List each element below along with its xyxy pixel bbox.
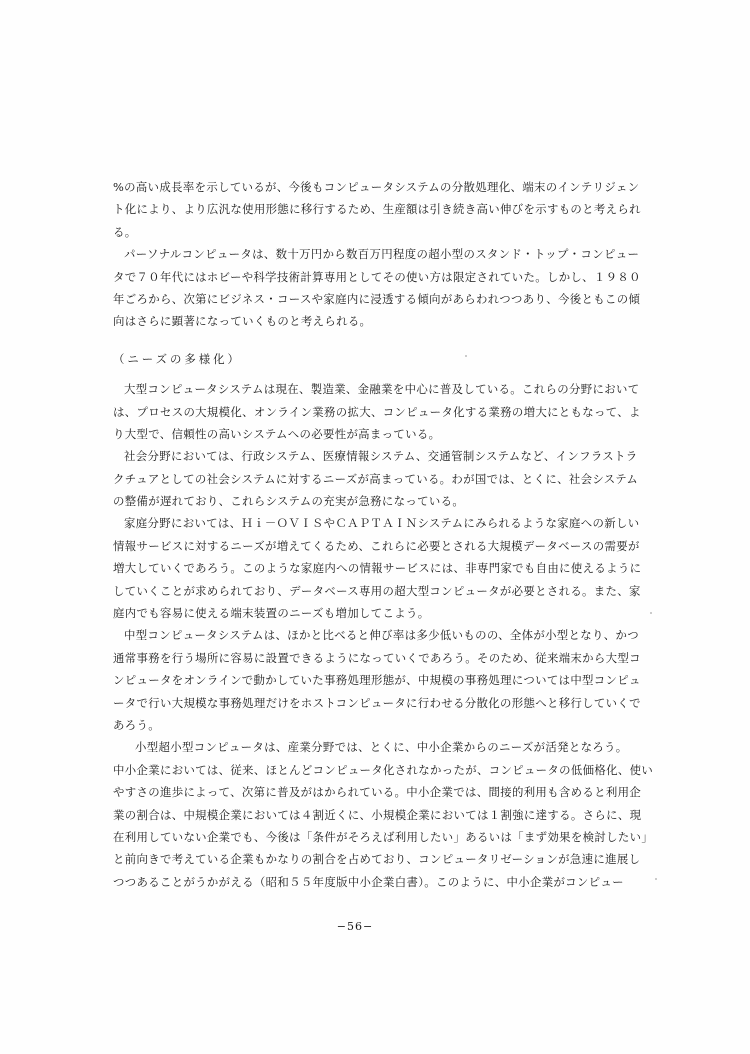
text-line: 増大していくであろう。このような家庭内への情報サービスには、非専門家でも自由に使…: [113, 557, 598, 579]
document-page: %の高い成長率を示しているが、今後もコンピュータシステムの分散処理化、端末のイン…: [0, 0, 750, 1054]
large-computer-paragraph: 大型コンピュータシステムは現在、製造業、金融業を中心に普及している。これらの分野…: [113, 378, 598, 445]
scan-speck: [655, 878, 657, 880]
text-line: 庭内でも容易に使える端末装置のニーズも増加してこよう。: [113, 602, 598, 624]
text-line: %の高い成長率を示しているが、今後もコンピュータシステムの分散処理化、端末のイン…: [113, 176, 598, 198]
text-line: は、プロセスの大規模化、オンライン業務の拡大、コンピュータ化する業務の増大にとも…: [113, 401, 598, 423]
text-line: 中型コンピュータシステムは、ほかと比べると伸び率は多少低いものの、全体が小型とな…: [113, 624, 598, 646]
text-line: ンピュータをオンラインで動かしていた事務処理形態が、中規模の事務処理については中…: [113, 669, 598, 691]
intro-paragraph: %の高い成長率を示しているが、今後もコンピュータシステムの分散処理化、端末のイン…: [113, 176, 598, 243]
text-line: ト化により、より広汎な使用形態に移行するため、生産額は引き続き高い伸びを示すもの…: [113, 198, 598, 220]
text-line: つつあることがうかがえる（昭和５５年度版中小企業白書）。このように、中小企業がコ…: [113, 871, 598, 893]
body-text: %の高い成長率を示しているが、今後もコンピュータシステムの分散処理化、端末のイン…: [113, 176, 598, 893]
text-line: 情報サービスに対するニーズが増えてくるため、これらに必要とされる大規模データベー…: [113, 535, 598, 557]
home-field-paragraph: 家庭分野においては、Ｈｉ－ＯＶＩＳやＣＡＰＴＡＩＮシステムにみられるような家庭へ…: [113, 512, 598, 624]
text-line: 年ごろから、次第にビジネス・コースや家庭内に浸透する傾向があらわれつつあり、今後…: [113, 288, 598, 310]
social-field-paragraph: 社会分野においては、行政システム、医療情報システム、交通管制システムなど、インフ…: [113, 445, 598, 512]
text-line: 通常事務を行う場所に容易に設置できるようになっていくであろう。そのため、従来端末…: [113, 647, 598, 669]
text-line: 向はさらに顕著になっていくものと考えられる。: [113, 310, 598, 332]
scan-speck: [465, 355, 467, 357]
text-line: 大型コンピュータシステムは現在、製造業、金融業を中心に普及している。これらの分野…: [113, 378, 598, 400]
text-line: 社会分野においては、行政システム、医療情報システム、交通管制システムなど、インフ…: [113, 445, 598, 467]
text-line: と前向きで考えている企業もかなりの割合を占めており、コンピュータリゼーションが急…: [113, 848, 598, 870]
text-line: 業の割合は、中規模企業においては４割近くに、小規模企業においては１割強に達する。…: [113, 804, 598, 826]
text-line: やすさの進歩によって、次第に普及がはかられている。中小企業では、間接的利用も含め…: [113, 781, 598, 803]
small-computer-paragraph: 小型超小型コンピュータは、産業分野では、とくに、中小企業からのニーズが活発となろ…: [113, 736, 598, 893]
text-line: 小型超小型コンピュータは、産業分野では、とくに、中小企業からのニーズが活発となろ…: [113, 736, 598, 758]
personal-computer-paragraph: パーソナルコンピュータは、数十万円から数百万円程度の超小型のスタンド・トップ・コ…: [113, 243, 598, 333]
page-number: −56−: [0, 920, 710, 933]
text-line: り大型で、信頼性の高いシステムへの必要性が高まっている。: [113, 423, 598, 445]
text-line: ータで行い大規模な事務処理だけをホストコンピュータに行わせる分散化の形態へと移行…: [113, 692, 598, 714]
text-line: の整備が遅れており、これらシステムの充実が急務になっている。: [113, 490, 598, 512]
text-line: パーソナルコンピュータは、数十万円から数百万円程度の超小型のスタンド・トップ・コ…: [113, 243, 598, 265]
text-line: 在利用していない企業でも、今後は「条件がそろえば利用したい」あるいは「まず効果を…: [113, 826, 598, 848]
section-heading: （ニーズの多様化）: [113, 348, 598, 370]
text-line: クチュアとしての社会システムに対するニーズが高まっている。わが国では、とくに、社…: [113, 468, 598, 490]
text-line: 中小企業においては、従来、ほとんどコンピュータ化されなかったが、コンピュータの低…: [113, 759, 598, 781]
scan-speck: [650, 612, 652, 614]
text-line: していくことが求められており、データベース専用の超大型コンピュータが必要とされる…: [113, 580, 598, 602]
text-line: る。: [113, 221, 598, 243]
text-line: タで７０年代にはホビーや科学技術計算専用としてその使い方は限定されていた。しかし…: [113, 266, 598, 288]
text-line: 家庭分野においては、Ｈｉ－ＯＶＩＳやＣＡＰＴＡＩＮシステムにみられるような家庭へ…: [113, 512, 598, 534]
text-line: あろう。: [113, 714, 598, 736]
mid-size-computer-paragraph: 中型コンピュータシステムは、ほかと比べると伸び率は多少低いものの、全体が小型とな…: [113, 624, 598, 736]
